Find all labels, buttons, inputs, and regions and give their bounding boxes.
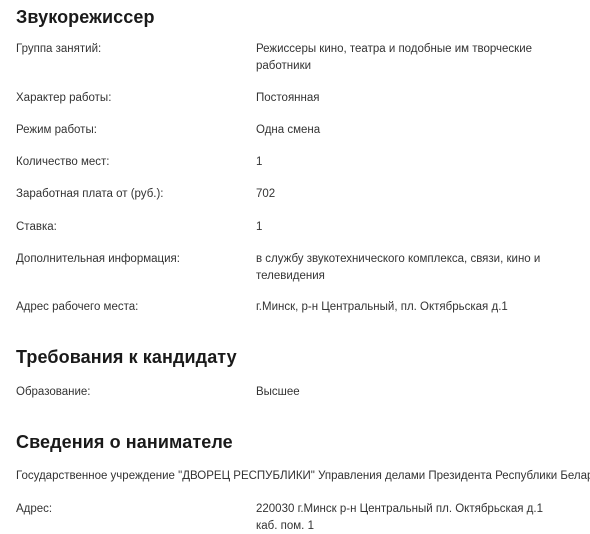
- field-value: г.Минск, р-н Центральный, пл. Октябрьска…: [256, 299, 556, 316]
- field-value: 1: [256, 219, 556, 236]
- field-label: Ставка:: [16, 219, 246, 236]
- field-value: в службу звукотехнического комплекса, св…: [256, 251, 556, 285]
- field-label: Дополнительная информация:: [16, 251, 246, 268]
- field-label: Заработная плата от (руб.):: [16, 186, 246, 203]
- field-value: 1: [256, 154, 556, 171]
- field-value: 220030 г.Минск р-н Центральный пл. Октяб…: [256, 501, 556, 534]
- field-label: Адрес рабочего места:: [16, 299, 246, 316]
- field-value: Постоянная: [256, 90, 556, 107]
- field-label: Количество мест:: [16, 154, 246, 171]
- vacancy-title: Звукорежиссер: [16, 7, 155, 28]
- field-label: Образование:: [16, 384, 246, 401]
- employer-title: Сведения о нанимателе: [16, 432, 233, 453]
- field-value: Одна смена: [256, 122, 556, 139]
- field-label: Режим работы:: [16, 122, 246, 139]
- field-label: Группа занятий:: [16, 41, 246, 58]
- field-label: Адрес:: [16, 501, 246, 518]
- field-value: 702: [256, 186, 556, 203]
- employer-name: Государственное учреждение "ДВОРЕЦ РЕСПУ…: [16, 468, 590, 485]
- field-value: Режиссеры кино, театра и подобные им тво…: [256, 41, 556, 75]
- field-label: Характер работы:: [16, 90, 246, 107]
- requirements-title: Требования к кандидату: [16, 347, 237, 368]
- field-value: Высшее: [256, 384, 556, 401]
